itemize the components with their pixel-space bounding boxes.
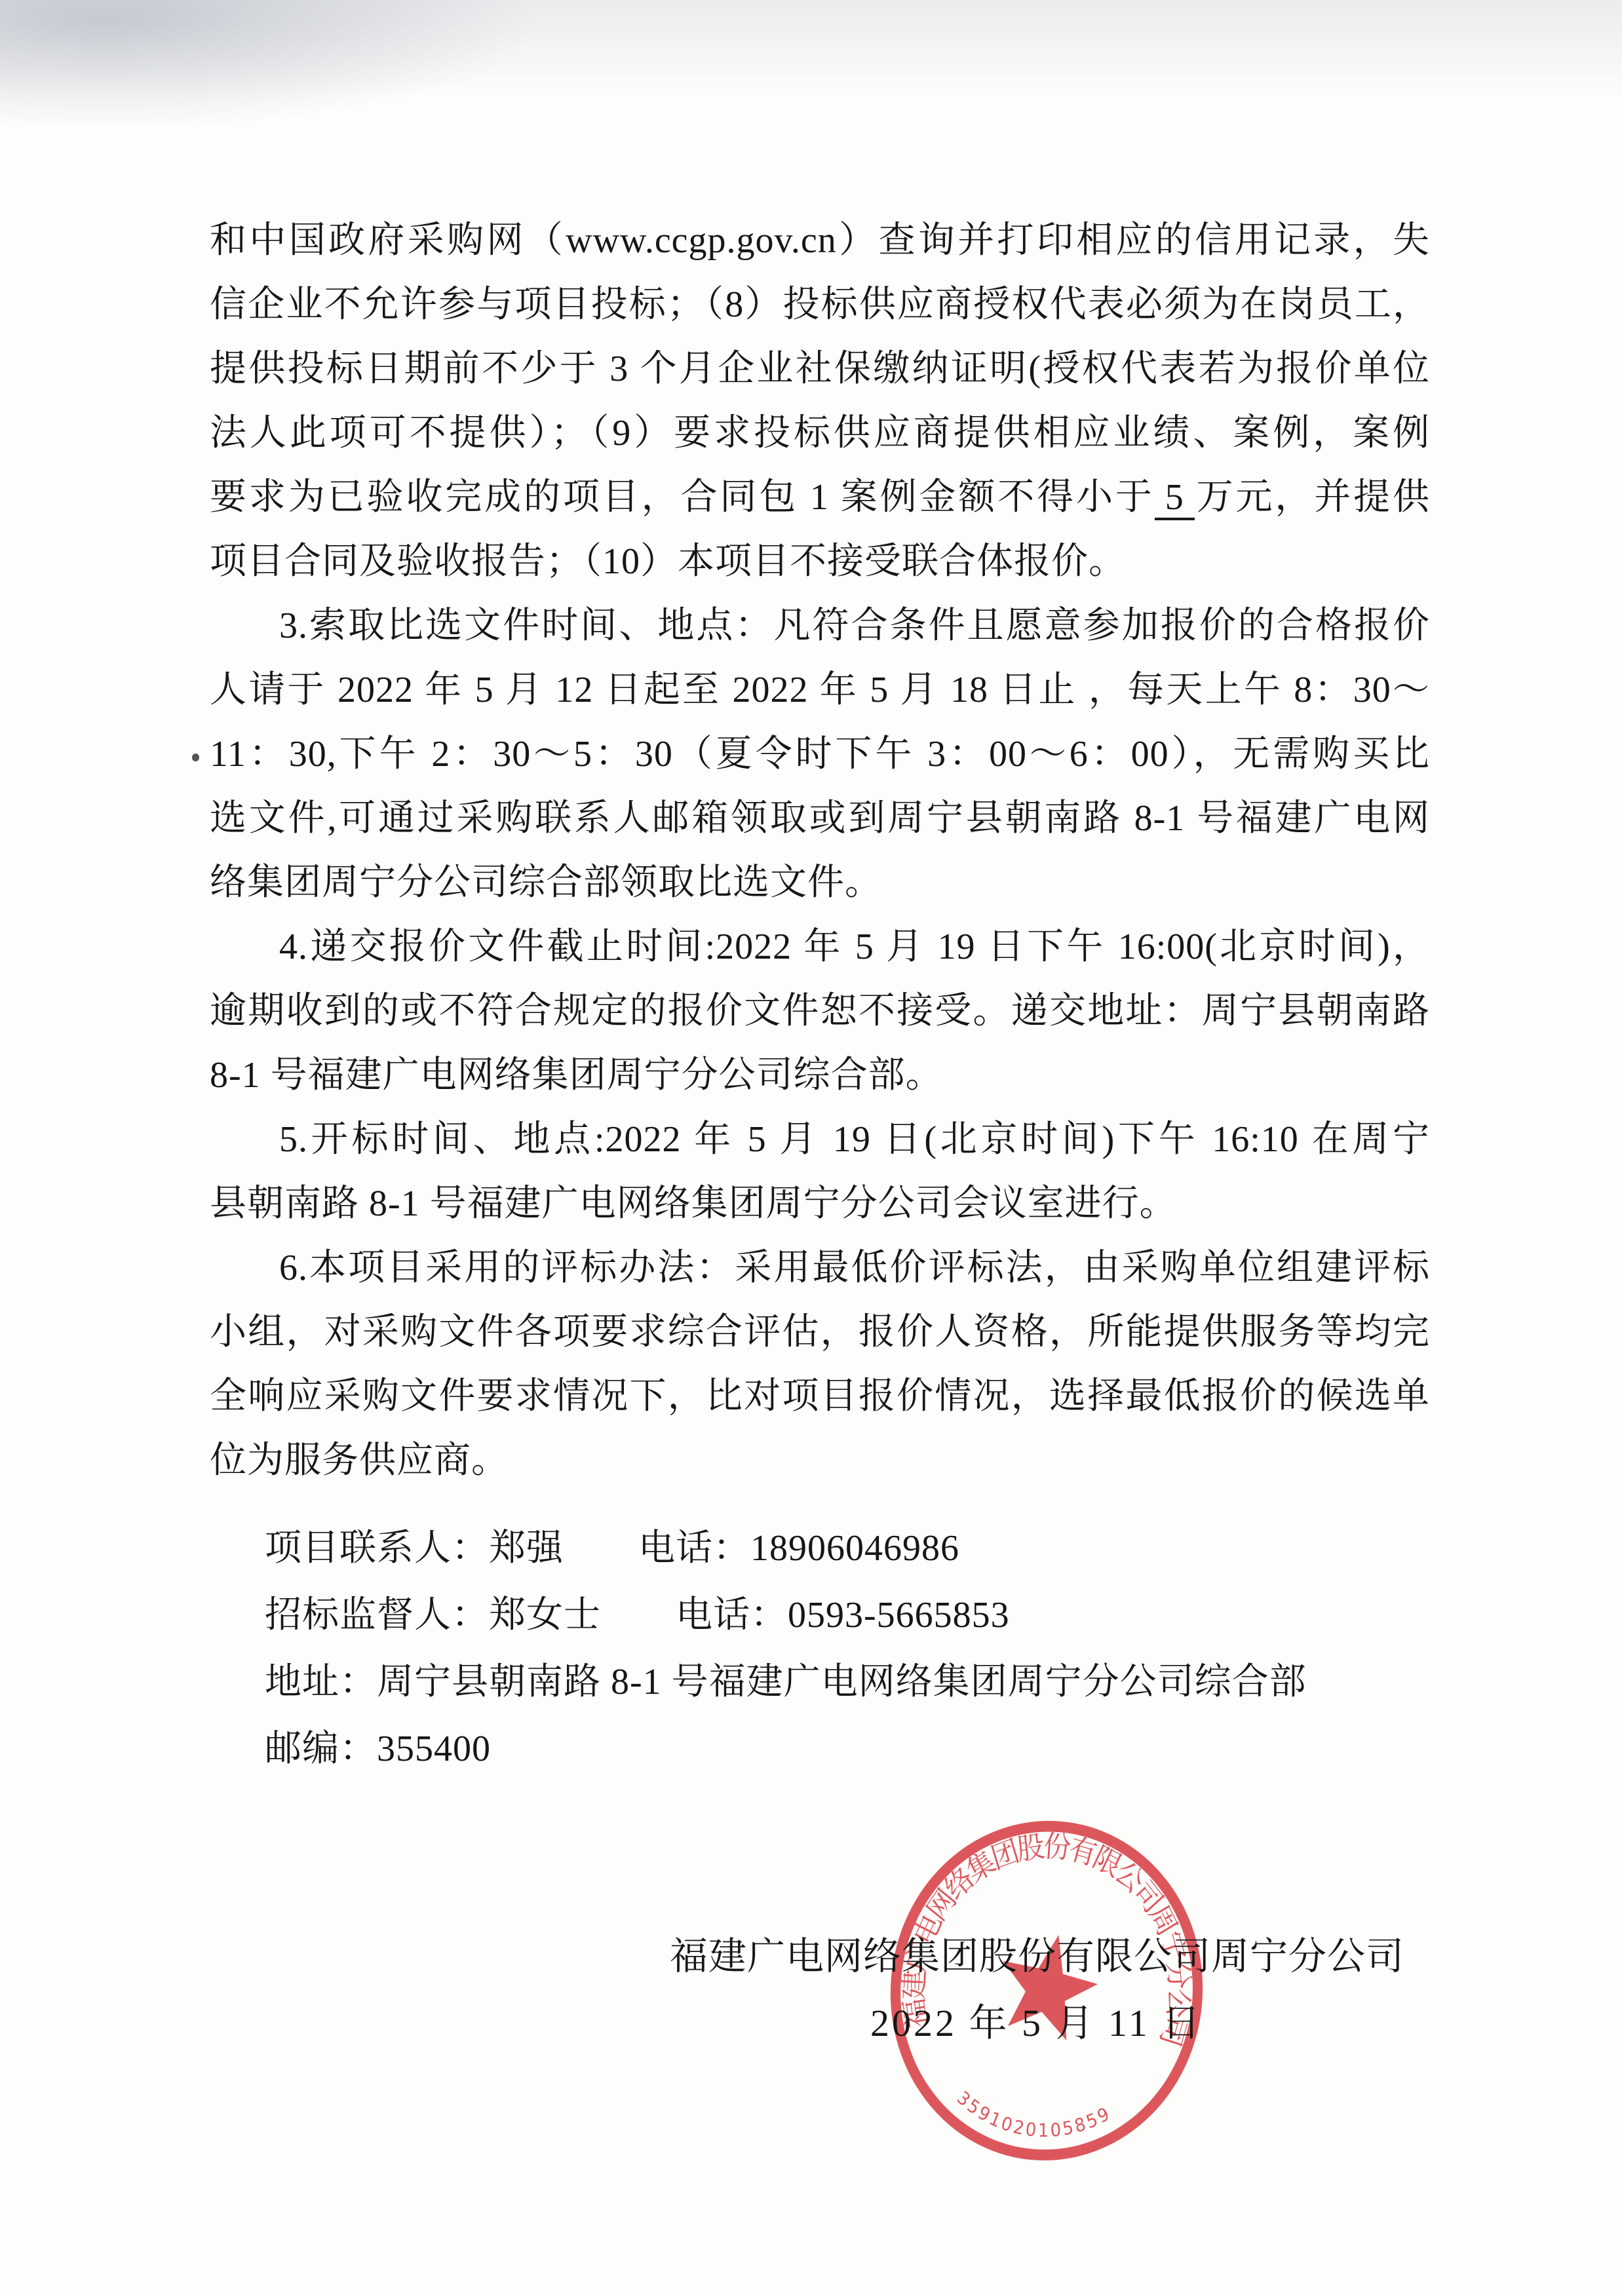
text-line-item6: 6.本项目采用的评标办法：采用最低价评标法，由采购单位组建评标 xyxy=(210,1236,1430,1300)
address-line: 地址：周宁县朝南路 8-1 号福建广电网络集团周宁分公司综合部 xyxy=(210,1649,1430,1715)
signature-company: 福建广电网络集团股份有限公司周宁分公司 xyxy=(670,1925,1404,1980)
text-line: 项目合同及验收报告；（10）本项目不接受联合体报价。 xyxy=(210,529,1430,594)
text-line: 选文件,可通过采购联系人邮箱领取或到周宁县朝南路 8-1 号福建广电网 xyxy=(210,786,1430,851)
document-body: 和中国政府采购网（www.ccgp.gov.cn）查询并打印相应的信用记录，失 … xyxy=(210,208,1430,1782)
text-line: 位为服务供应商。 xyxy=(210,1428,1430,1493)
project-contact-line: 项目联系人：郑强 电话：18906046986 xyxy=(210,1515,1430,1582)
text-line: 提供投标日期前不少于 3 个月企业社保缴纳证明(授权代表若为报价单位 xyxy=(210,337,1430,401)
text-line: 法人此项可不提供）；（9）要求投标供应商提供相应业绩、案例，案例 xyxy=(210,401,1430,465)
ink-dot-artifact xyxy=(192,754,199,761)
supervisor-contact-line: 招标监督人：郑女士 电话：0593-5665853 xyxy=(210,1582,1430,1649)
company-seal-stamp: 福建广电网络集团股份有限公司周宁分公司 3591020105859 xyxy=(863,1793,1231,2189)
text-line-item3: 3.索取比选文件时间、地点：凡符合条件且愿意参加报价的合格报价 xyxy=(210,594,1430,658)
amount-line-pre: 要求为已验收完成的项目，合同包 1 案例金额不得小于 xyxy=(210,477,1155,518)
scanned-document-page: 福建广电网络集团股份有限公司周宁分公司 3591020105859 和中国政府采… xyxy=(0,0,1622,2296)
text-line-item5: 5.开标时间、地点:2022 年 5 月 19 日(北京时间)下午 16:10 … xyxy=(210,1107,1430,1172)
text-line: 络集团周宁分公司综合部领取比选文件。 xyxy=(210,851,1430,915)
postal-code-line: 邮编：355400 xyxy=(210,1715,1430,1782)
text-line: 和中国政府采购网（www.ccgp.gov.cn）查询并打印相应的信用记录，失 xyxy=(210,208,1430,273)
text-line: 小组，对采购文件各项要求综合评估，报价人资格，所能提供服务等均完 xyxy=(210,1300,1430,1364)
signature-date: 2022 年 5 月 11 日 xyxy=(870,1992,1203,2047)
text-line: 逾期收到的或不符合规定的报价文件恕不接受。递交地址：周宁县朝南路 xyxy=(210,979,1430,1043)
text-line: 8-1 号福建广电网络集团周宁分公司综合部。 xyxy=(210,1043,1430,1107)
text-line: 人请于 2022 年 5 月 12 日起至 2022 年 5 月 18 日止 ，… xyxy=(210,658,1430,722)
text-line: 11：30,下午 2：30～5：30（夏令时下午 3：00～6：00），无需购买… xyxy=(210,722,1430,786)
text-line-with-underline: 要求为已验收完成的项目，合同包 1 案例金额不得小于5万元，并提供 xyxy=(210,465,1430,529)
amount-line-post: 万元，并提供 xyxy=(1195,477,1430,518)
text-line: 信企业不允许参与项目投标；（8）投标供应商授权代表必须为在岗员工， xyxy=(210,273,1430,337)
text-line: 县朝南路 8-1 号福建广电网络集团周宁分公司会议室进行。 xyxy=(210,1172,1430,1236)
text-line-item4: 4.递交报价文件截止时间:2022 年 5 月 19 日下午 16:00(北京时… xyxy=(210,915,1430,979)
text-line: 全响应采购文件要求情况下，比对项目报价情况，选择最低报价的候选单 xyxy=(210,1364,1430,1428)
underlined-amount: 5 xyxy=(1155,477,1195,520)
